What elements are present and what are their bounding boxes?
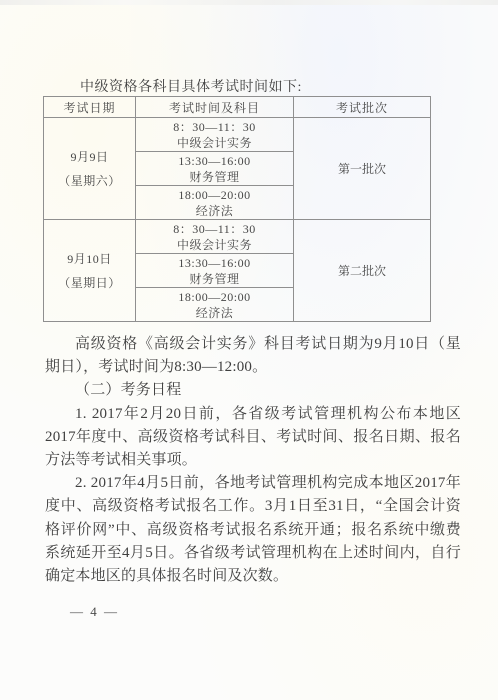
session-time: 18:00—20:00 [136, 289, 293, 305]
session-time: 13:30—16:00 [136, 255, 293, 271]
section-heading: （二）考务日程 [45, 379, 461, 402]
session-subject: 经济法 [136, 305, 293, 321]
exam-weekday: （星期六） [44, 169, 135, 193]
session-time: 13:30—16:00 [136, 153, 293, 169]
document-page: 中级资格各科目具体考试时间如下: 考试日期 考试时间及科目 考试批次 9月9日 … [0, 0, 498, 700]
column-header-batch: 考试批次 [294, 97, 431, 118]
session-cell: 13:30—16:00 财务管理 [136, 152, 294, 186]
exam-batch: 第一批次 [338, 162, 386, 176]
exam-date-cell: 9月10日 （星期日） [44, 220, 136, 322]
session-subject: 中级会计实务 [136, 237, 293, 253]
session-cell: 18:00—20:00 经济法 [136, 288, 294, 322]
body-text: 高级资格《高级会计实务》科目考试日期为9月10日（星期日），考试时间为8:30—… [45, 333, 461, 588]
table-row: 9月10日 （星期日） 8：30—11：30 中级会计实务 第二批次 [44, 220, 431, 254]
paragraph-item-2: 2. 2017年4月5日前，各地考试管理机构完成本地区2017年度中、高级资格考… [45, 472, 461, 588]
session-subject: 中级会计实务 [136, 135, 293, 151]
session-cell: 13:30—16:00 财务管理 [136, 254, 294, 288]
scan-edge-artifact [0, 0, 498, 5]
session-time: 18:00—20:00 [136, 187, 293, 203]
session-subject: 财务管理 [136, 169, 293, 185]
exam-date-cell: 9月9日 （星期六） [44, 118, 136, 220]
session-time: 8：30—11：30 [136, 221, 293, 237]
paragraph-senior-exam: 高级资格《高级会计实务》科目考试日期为9月10日（星期日），考试时间为8:30—… [45, 333, 461, 379]
exam-weekday: （星期日） [44, 271, 135, 295]
exam-batch-cell: 第一批次 [294, 118, 431, 220]
exam-batch: 第二批次 [338, 264, 386, 278]
exam-date: 9月9日 [44, 145, 135, 169]
exam-schedule-table: 考试日期 考试时间及科目 考试批次 9月9日 （星期六） 8：30—11：30 … [43, 96, 431, 322]
session-cell: 8：30—11：30 中级会计实务 [136, 118, 294, 152]
session-subject: 经济法 [136, 203, 293, 219]
paragraph-item-1: 1. 2017年2月20日前，各省级考试管理机构公布本地区2017年度中、高级资… [45, 403, 461, 473]
session-time: 8：30—11：30 [136, 119, 293, 135]
exam-batch-cell: 第二批次 [294, 220, 431, 322]
column-header-time-subject: 考试时间及科目 [136, 97, 294, 118]
exam-date: 9月10日 [44, 247, 135, 271]
intro-line: 中级资格各科目具体考试时间如下: [80, 76, 302, 96]
page-number: — 4 — [70, 604, 119, 620]
column-header-exam-date: 考试日期 [44, 97, 136, 118]
session-subject: 财务管理 [136, 271, 293, 287]
session-cell: 18:00—20:00 经济法 [136, 186, 294, 220]
session-cell: 8：30—11：30 中级会计实务 [136, 220, 294, 254]
table-header-row: 考试日期 考试时间及科目 考试批次 [44, 97, 431, 118]
table-row: 9月9日 （星期六） 8：30—11：30 中级会计实务 第一批次 [44, 118, 431, 152]
